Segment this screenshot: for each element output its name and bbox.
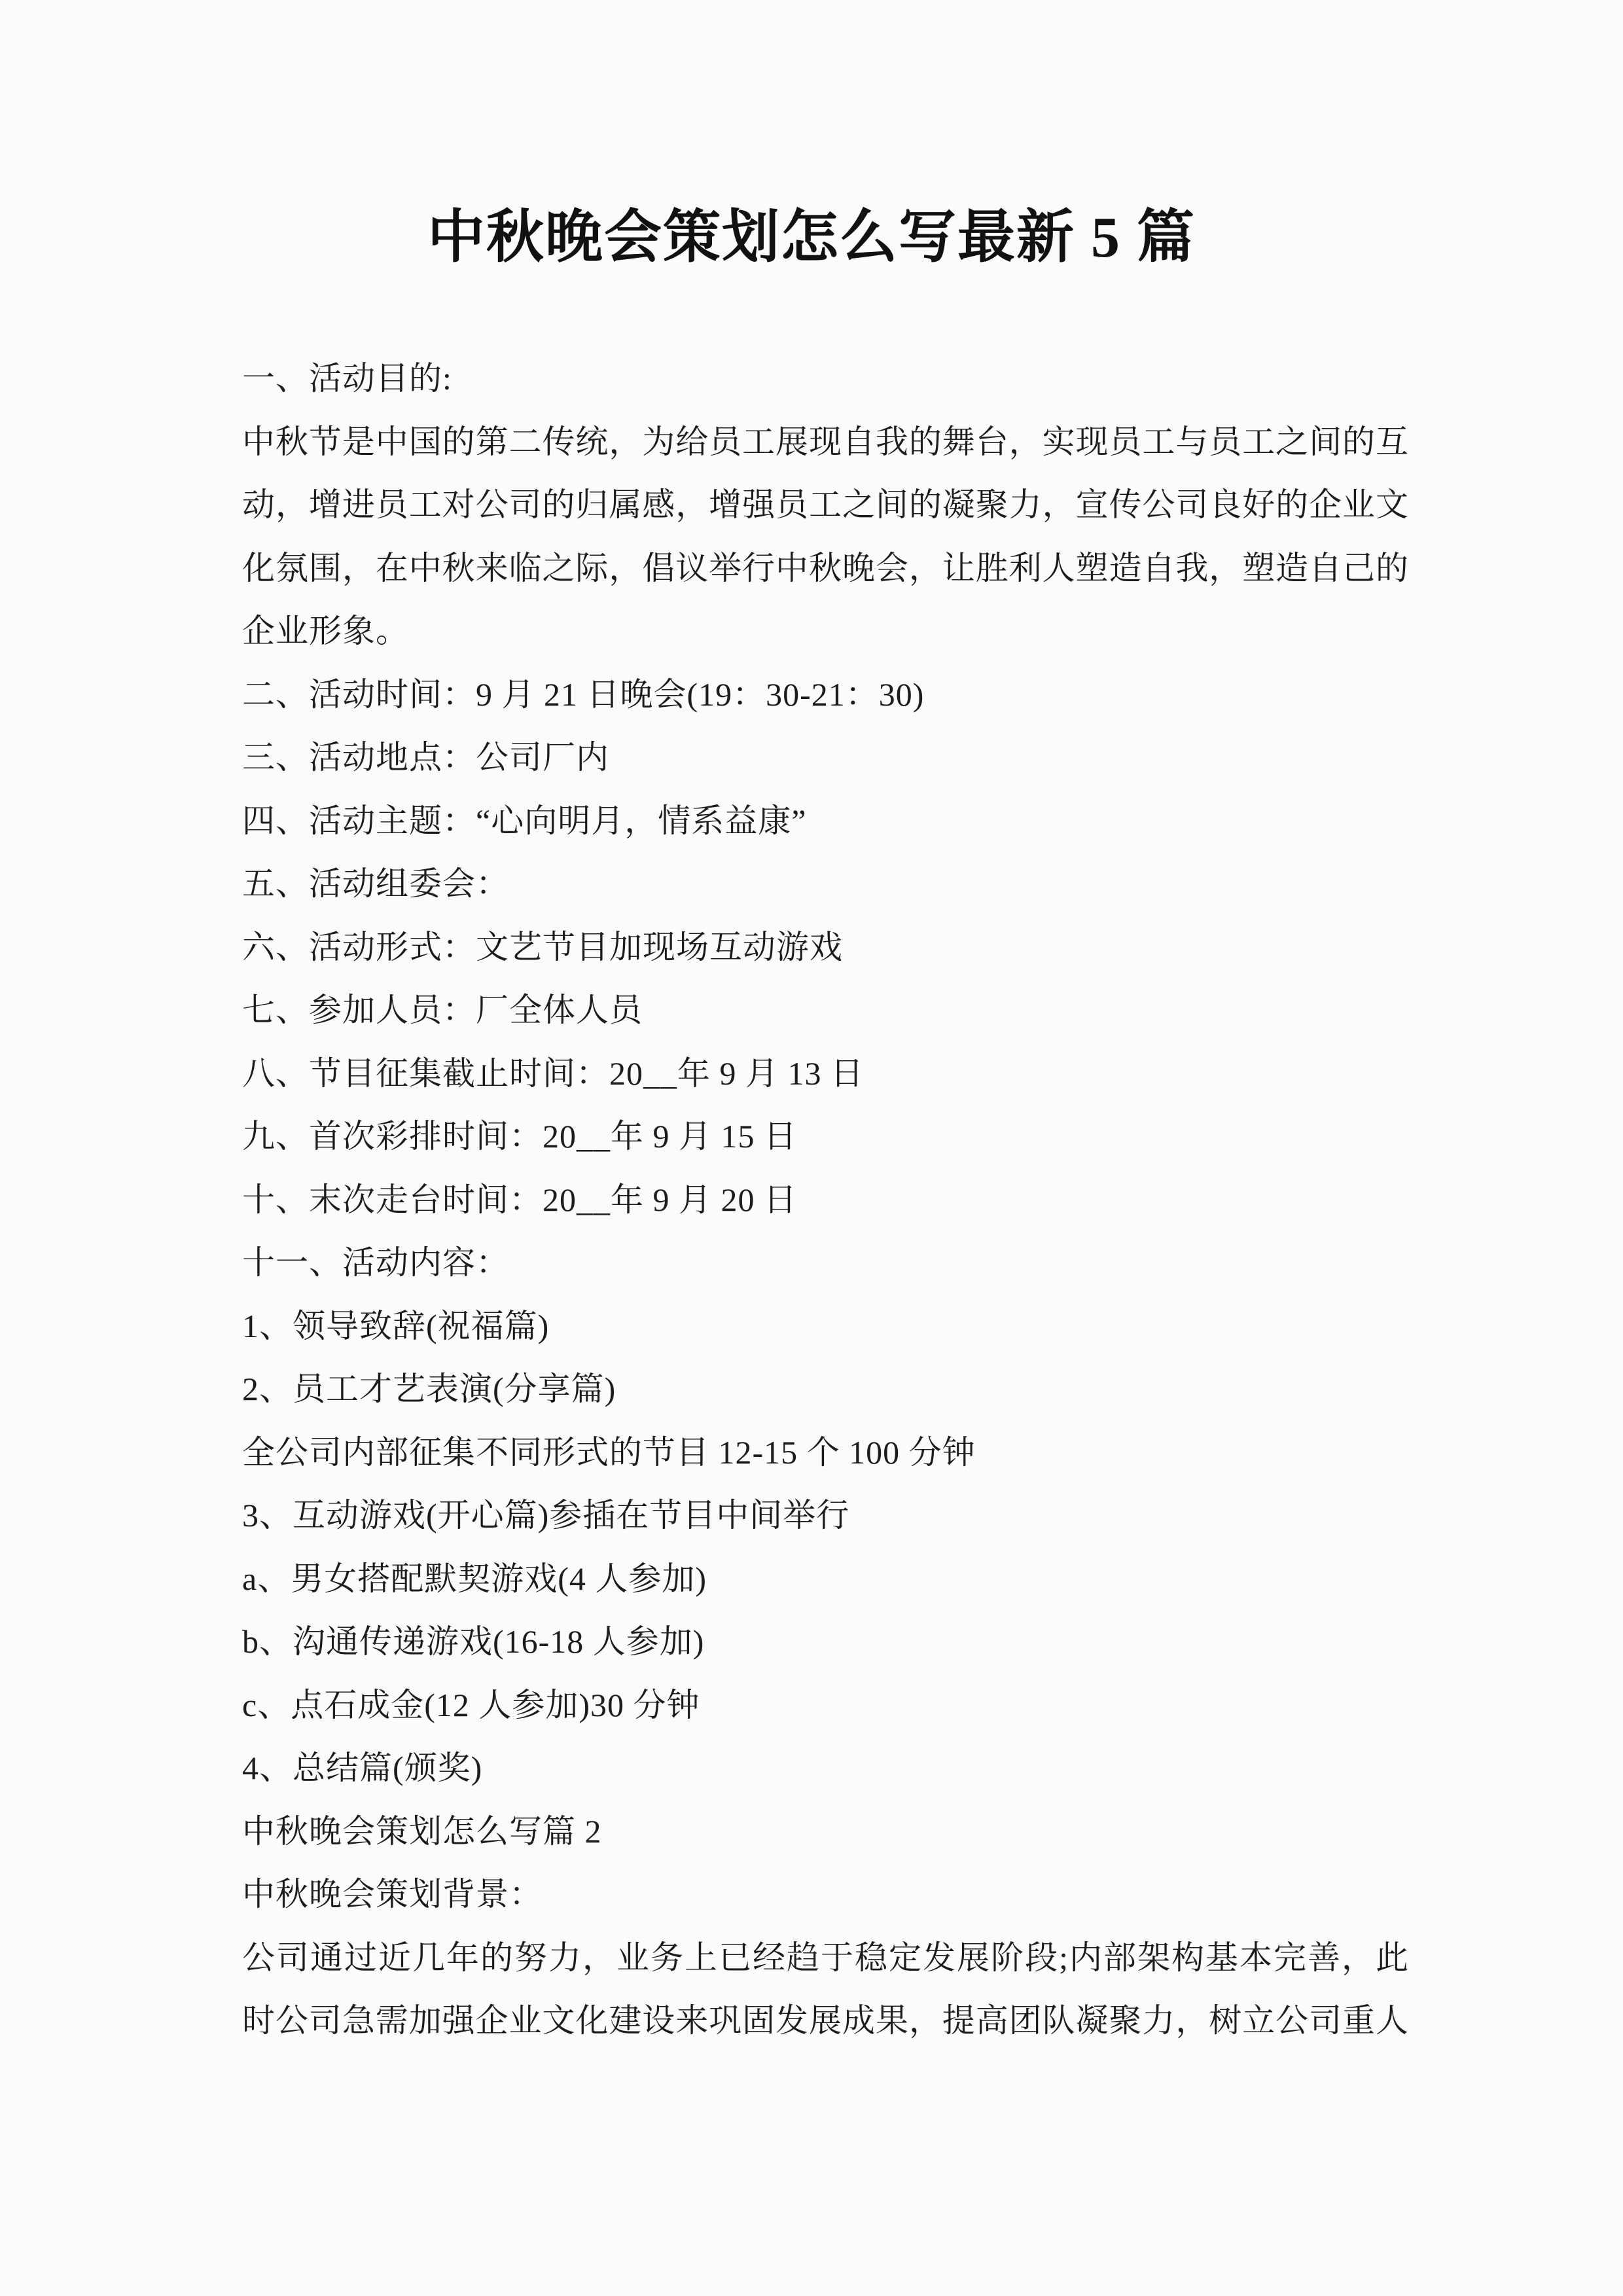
document-line: 中秋节是中国的第二传统，为给员工展现自我的舞台，实现员工与员工之间的互 (242, 410, 1408, 474)
document-line: 全公司内部征集不同形式的节目 12-15 个 100 分钟 (242, 1421, 1408, 1484)
document-line: c、点石成金(12 人参加)30 分钟 (242, 1674, 1408, 1737)
document-line: a、男女搭配默契游戏(4 人参加) (242, 1547, 1408, 1611)
document-line: 化氛围，在中秋来临之际，倡议举行中秋晚会，让胜利人塑造自我，塑造自己的 (242, 537, 1408, 600)
document-line: 十一、活动内容： (242, 1231, 1408, 1295)
document-line: 时公司急需加强企业文化建设来巩固发展成果，提高团队凝聚力，树立公司重人 (242, 1989, 1408, 2053)
document-line: 4、总结篇(颁奖) (242, 1736, 1408, 1800)
document-line: 一、活动目的: (242, 347, 1408, 410)
document-line: 十、末次走台时间：20__年 9 月 20 日 (242, 1168, 1408, 1232)
page-title: 中秋晚会策划怎么写最新 5 篇 (0, 0, 1623, 270)
document-line: 中秋晚会策划背景： (242, 1863, 1408, 1926)
document-body: 一、活动目的:中秋节是中国的第二传统，为给员工展现自我的舞台，实现员工与员工之间… (242, 347, 1408, 2053)
document-line: 3、互动游戏(开心篇)参插在节目中间举行 (242, 1484, 1408, 1547)
document-line: 企业形象。 (242, 600, 1408, 663)
document-line: 二、活动时间：9 月 21 日晚会(19：30-21：30) (242, 663, 1408, 726)
document-line: 七、参加人员：厂全体人员 (242, 978, 1408, 1042)
document-line: 动，增进员工对公司的归属感，增强员工之间的凝聚力，宣传公司良好的企业文 (242, 473, 1408, 537)
document-line: 三、活动地点：公司厂内 (242, 726, 1408, 789)
document-line: 2、员工才艺表演(分享篇) (242, 1357, 1408, 1421)
document-page: 中秋晚会策划怎么写最新 5 篇 一、活动目的:中秋节是中国的第二传统，为给员工展… (0, 0, 1623, 2296)
document-line: 1、领导致辞(祝福篇) (242, 1295, 1408, 1358)
document-line: 五、活动组委会： (242, 852, 1408, 916)
document-line: 中秋晚会策划怎么写篇 2 (242, 1800, 1408, 1863)
document-line: 六、活动形式：文艺节目加现场互动游戏 (242, 916, 1408, 979)
document-line: b、沟通传递游戏(16-18 人参加) (242, 1610, 1408, 1674)
document-line: 公司通过近几年的努力，业务上已经趋于稳定发展阶段;内部架构基本完善，此 (242, 1926, 1408, 1990)
document-line: 四、活动主题：“心向明月，情系益康” (242, 789, 1408, 853)
document-line: 八、节目征集截止时间：20__年 9 月 13 日 (242, 1042, 1408, 1105)
document-line: 九、首次彩排时间：20__年 9 月 15 日 (242, 1105, 1408, 1168)
